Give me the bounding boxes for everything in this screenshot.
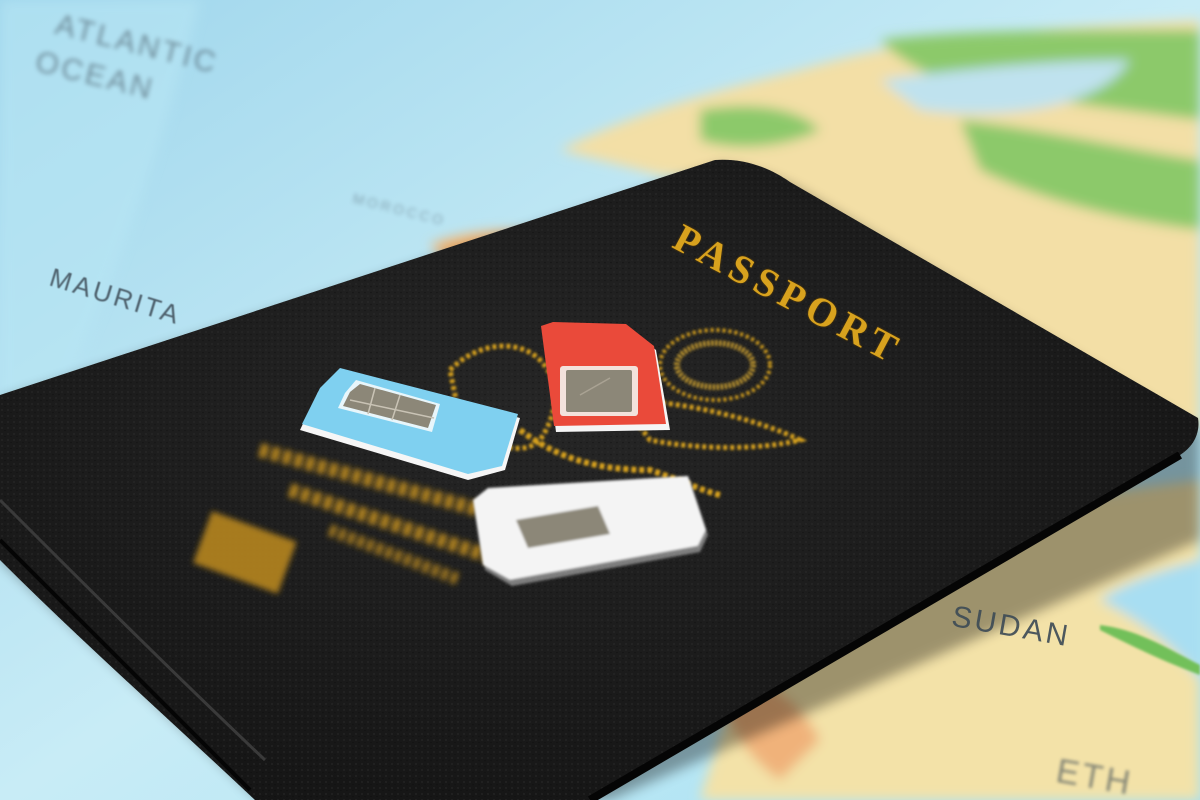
photo-scene — [0, 0, 1200, 800]
